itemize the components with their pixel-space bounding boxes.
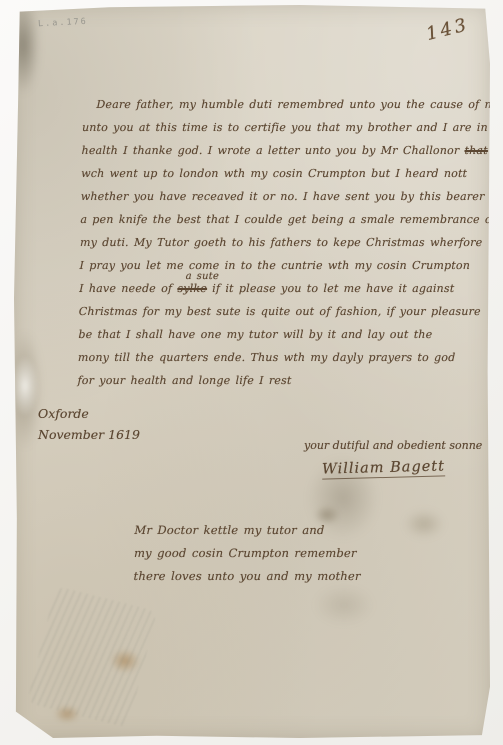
stain-bottom	[110, 649, 140, 673]
stain-left-edge	[8, 330, 42, 450]
letter-paper: L.a.176 143 Deare father, my humble duti…	[14, 5, 490, 738]
dateline: Oxforde November 1619	[38, 403, 140, 445]
interlined-insertion: a sute	[185, 265, 219, 288]
dateline-place: Oxforde	[38, 403, 140, 424]
dateline-date: November 1619	[38, 424, 140, 445]
folio-number: 143	[424, 14, 471, 45]
body-line: my duti. My Tutor goeth to his fathers t…	[80, 231, 492, 254]
body-line: mony till the quarters ende. Thus wth my…	[78, 346, 490, 369]
stain-top-left-corner	[6, 0, 40, 95]
body-line: I pray you let me come in to the cuntrie…	[79, 254, 491, 277]
deleted-word: that	[464, 144, 488, 157]
body-line: Christmas for my best sute is quite out …	[79, 300, 491, 323]
closing-line: your dutiful and obedient sonne	[304, 439, 494, 452]
stain-lower-middle	[314, 585, 374, 625]
signature: William Bagett	[322, 458, 445, 479]
verso-show-through	[27, 586, 157, 728]
postscript-line: my good cosin Crumpton remember	[134, 542, 361, 565]
body-line: I have neede of a sutesylke if it please…	[79, 277, 491, 300]
correction: a sutesylke	[177, 277, 207, 300]
stain-bottom-left	[54, 705, 80, 723]
body-line: Deare father, my humble duti remembred u…	[82, 93, 494, 116]
body-line: health I thanke god. I wrote a letter un…	[81, 139, 493, 162]
paper-repair-patch	[12, 357, 38, 415]
stain-postscript	[404, 510, 444, 538]
shelfmark-pencil: L.a.176	[38, 17, 88, 30]
postscript-line: Mr Doctor kettle my tutor and	[134, 519, 361, 542]
body-line: be that I shall have one my tutor will b…	[78, 323, 490, 346]
postscript-line: there loves unto you and my mother	[133, 565, 360, 588]
postscript: Mr Doctor kettle my tutor and my good co…	[133, 519, 361, 588]
body-line: wch went up to london wth my cosin Crump…	[81, 162, 493, 185]
body-line: for your health and longe life I rest	[77, 369, 489, 392]
body-line: whether you have receaved it or no. I ha…	[81, 185, 493, 208]
letter-body: Deare father, my humble duti remembred u…	[77, 93, 494, 392]
photograph-background: L.a.176 143 Deare father, my humble duti…	[0, 0, 503, 745]
body-line: a pen knife the best that I coulde get b…	[80, 208, 492, 231]
body-line: unto you at this time is to certifie you…	[82, 116, 494, 139]
